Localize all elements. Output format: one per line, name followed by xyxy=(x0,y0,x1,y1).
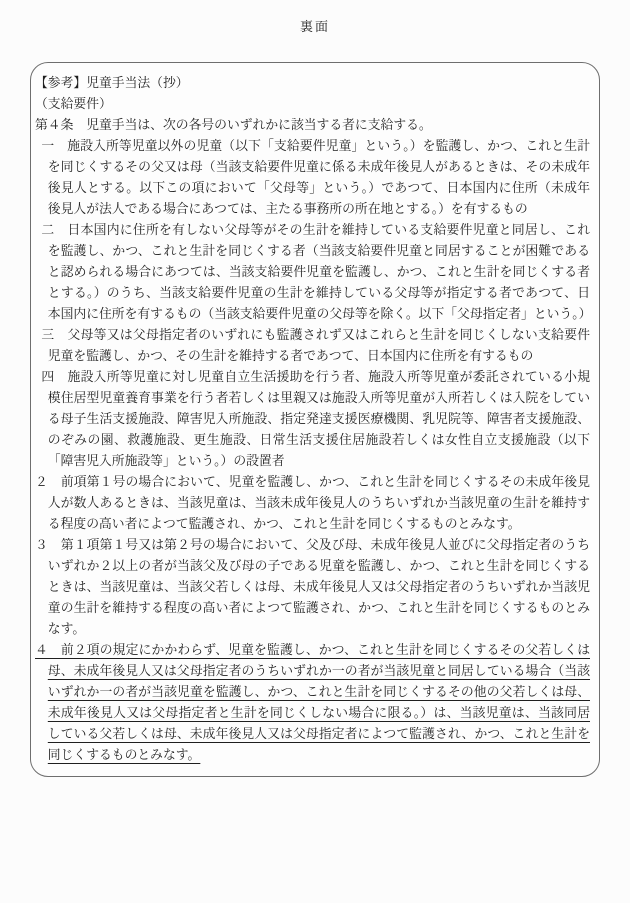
paragraph-2: ２ 前項第１号の場合において、児童を監護し、かつ、これと生計を同じくするその未成… xyxy=(35,472,590,535)
item-3: 三 父母等又は父母指定者のいずれにも監護されず又はこれらと生計を同じくしない支給… xyxy=(35,325,590,367)
article-4-main-clause: 第４条 児童手当は、次の各号のいずれかに該当する者に支給する。 xyxy=(35,115,590,136)
law-excerpt-box: 【参考】児童手当法（抄） （支給要件） 第４条 児童手当は、次の各号のいずれかに… xyxy=(30,62,600,777)
page-side-label: 裏面 xyxy=(0,16,630,35)
law-title: 【参考】児童手当法（抄） xyxy=(35,73,590,94)
item-2: 二 日本国内に住所を有しない父母等がその生計を維持している支給要件児童と同居し、… xyxy=(35,220,590,325)
law-text-body: 【参考】児童手当法（抄） （支給要件） 第４条 児童手当は、次の各号のいずれかに… xyxy=(35,73,590,766)
paragraph-3: ３ 第１項第１号又は第２号の場合において、父及び母、未成年後見人並びに父母指定者… xyxy=(35,535,590,640)
document-page: 裏面 【参考】児童手当法（抄） （支給要件） 第４条 児童手当は、次の各号のいず… xyxy=(0,0,630,903)
paragraph-4-underlined: ４ 前２項の規定にかかわらず、児童を監護し、かつ、これと生計を同じくするその父若… xyxy=(35,640,590,766)
section-heading: （支給要件） xyxy=(35,94,590,115)
item-1: 一 施設入所等児童以外の児童（以下「支給要件児童」という。）を監護し、かつ、これ… xyxy=(35,136,590,220)
item-4: 四 施設入所等児童に対し児童自立生活援助を行う者、施設入所等児童が委託されている… xyxy=(35,367,590,472)
